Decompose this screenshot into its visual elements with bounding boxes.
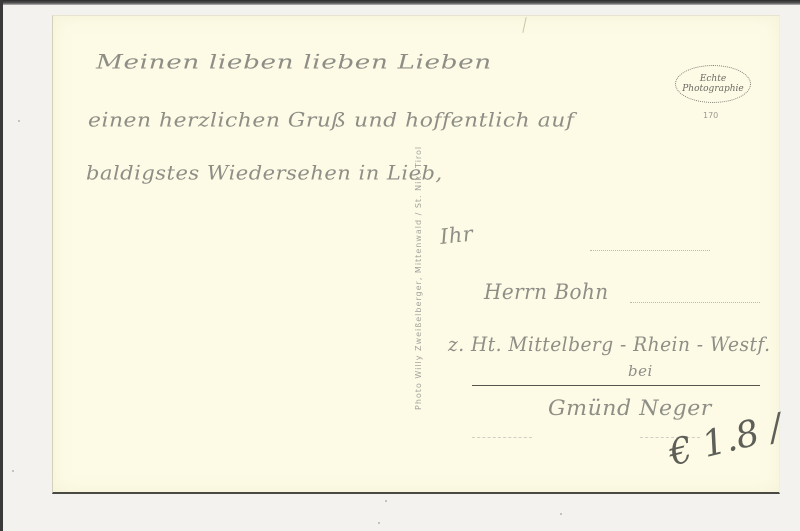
address-rule-2 [630,302,760,303]
address-rule-3 [472,385,760,386]
address-rule-4a [472,437,532,438]
scan-speckle [18,120,20,122]
scan-speckle [560,513,562,515]
message-closing: Ihr [439,222,475,249]
message-line-1: Meinen lieben lieben Lieben [96,51,492,74]
message-line-2: einen herzlichen Gruß und hoffentlich au… [88,109,574,132]
address-recipient: Herrn Bohn [484,280,609,304]
address-bei: bei [628,362,653,380]
scan-top-border [0,0,800,5]
scan-speckle [385,500,387,502]
echte-photographie-logo: Echte Photographie [675,65,751,103]
scan-left-border [0,0,3,531]
logo-line-2: Photographie [682,84,744,94]
logo-line-1: Echte [700,74,726,84]
address-city: Gmünd Neger [548,396,712,420]
address-street: z. Ht. Mittelberg - Rhein - Westf. [448,332,770,356]
card-number: 170 [703,111,718,120]
scan-speckle [12,470,14,472]
message-line-3: baldigstes Wiedersehen in Lieb, [86,162,443,185]
scan-speckle [378,522,380,524]
publisher-imprint: Photo Willy Zweißelberger, Mittenwald / … [414,146,423,410]
address-rule-1 [590,250,710,251]
